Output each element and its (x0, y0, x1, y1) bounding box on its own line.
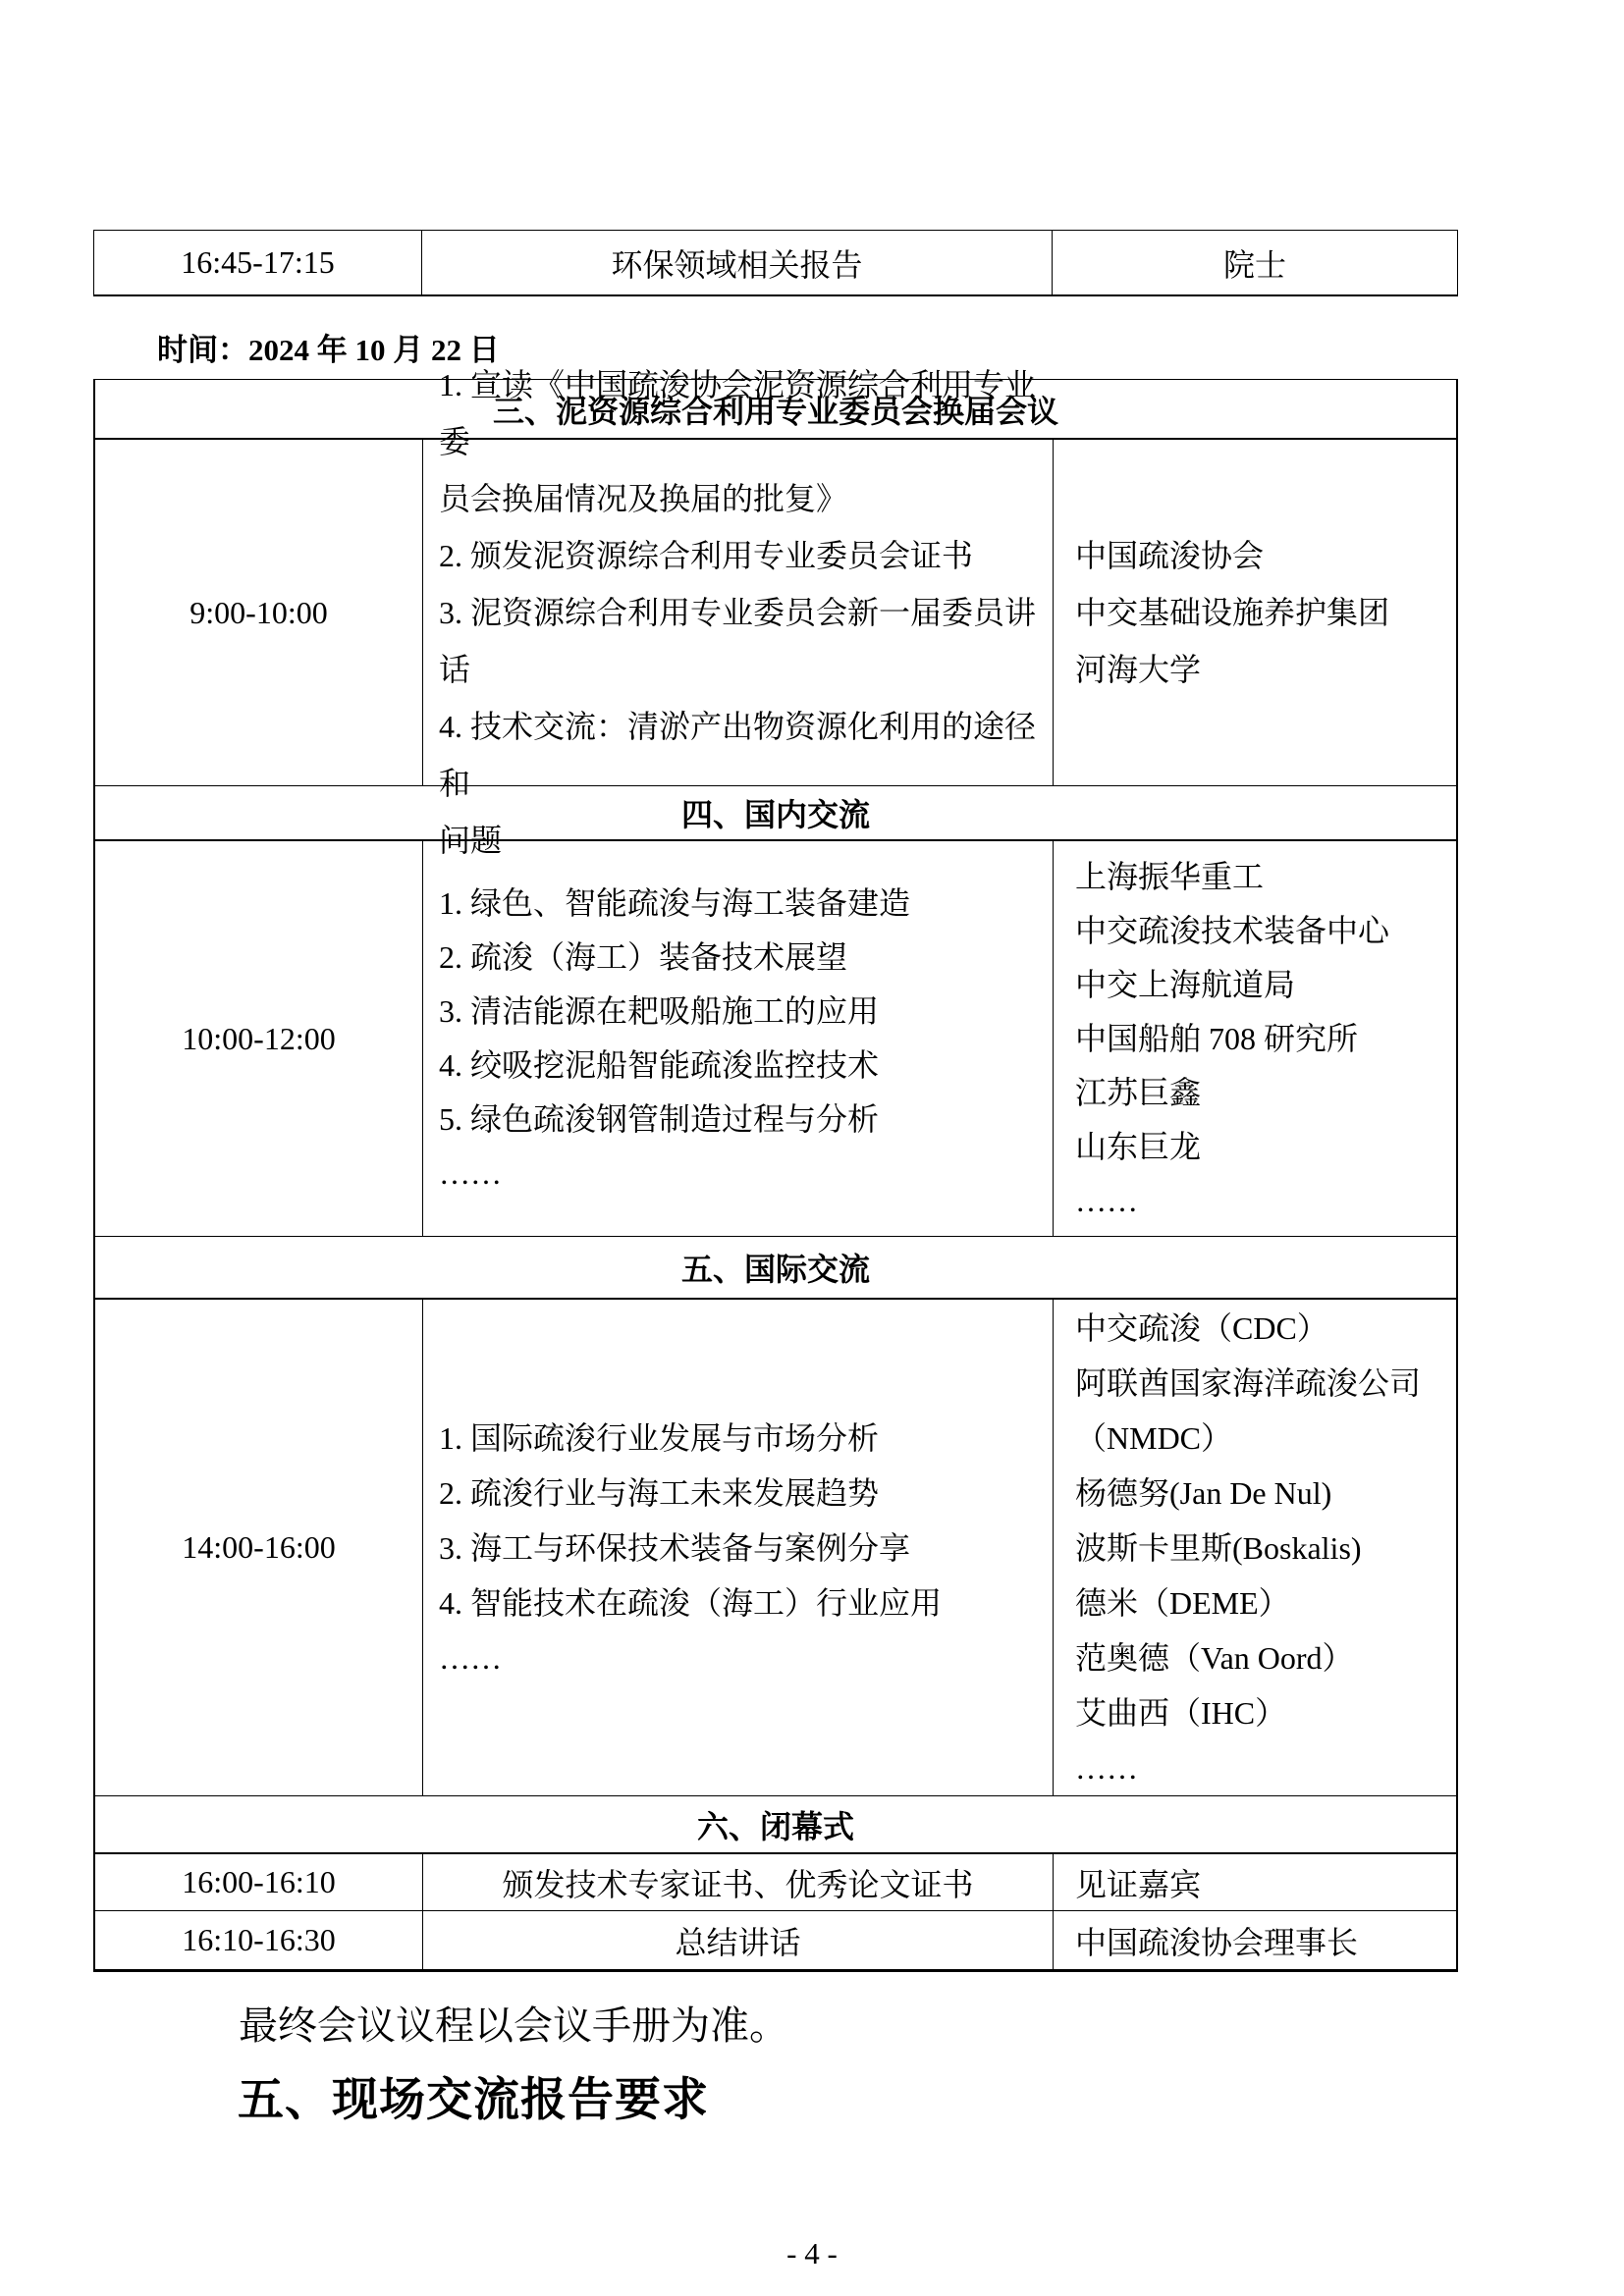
table-row-domestic: 10:00-12:00 1. 绿色、智能疏浚与海工装备建造 2. 疏浚（海工）装… (95, 841, 1456, 1237)
document-page: 16:45-17:15 环保领域相关报告 院士 时间：2024 年 10 月 2… (0, 0, 1624, 2296)
agenda-note: 最终会议议程以会议手册为准。 (239, 1995, 788, 2051)
section-title: 六、闭幕式 (697, 1802, 854, 1847)
session-time-cell: 16:45-17:15 (94, 231, 422, 294)
time-cell: 16:00-16:10 (95, 1854, 423, 1910)
topic-list: 1. 国际疏浚行业发展与市场分析 2. 疏浚行业与海工未来发展趋势 3. 海工与… (423, 1411, 942, 1685)
org-cell: 中交疏浚（CDC） 阿联酋国家海洋疏浚公司 （NMDC） 杨德努(Jan De … (1054, 1300, 1456, 1795)
time-cell: 16:10-16:30 (95, 1911, 423, 1969)
page-number: - 4 - (0, 2236, 1624, 2271)
previous-session-table: 16:45-17:15 环保领域相关报告 院士 (93, 230, 1458, 296)
org-list: 中交疏浚（CDC） 阿联酋国家海洋疏浚公司 （NMDC） 杨德努(Jan De … (1054, 1301, 1421, 1795)
topic-cell: 1. 国际疏浚行业发展与市场分析 2. 疏浚行业与海工未来发展趋势 3. 海工与… (423, 1300, 1054, 1795)
time-cell: 9:00-10:00 (95, 440, 423, 785)
time-cell: 10:00-12:00 (95, 841, 423, 1236)
section-header-domestic: 四、国内交流 (95, 786, 1456, 841)
topic-text: 颁发技术专家证书、优秀论文证书 (502, 1860, 973, 1905)
topic-cell: 1. 绿色、智能疏浚与海工装备建造 2. 疏浚（海工）装备技术展望 3. 清洁能… (423, 841, 1054, 1236)
section-header-international: 五、国际交流 (95, 1237, 1456, 1300)
speaker-text: 见证嘉宾 (1054, 1860, 1201, 1905)
table-row-certificates: 16:00-16:10 颁发技术专家证书、优秀论文证书 见证嘉宾 (95, 1854, 1456, 1911)
time-cell: 14:00-16:00 (95, 1300, 423, 1795)
section-header-closing: 六、闭幕式 (95, 1796, 1456, 1854)
topic-list: 1. 绿色、智能疏浚与海工装备建造 2. 疏浚（海工）装备技术展望 3. 清洁能… (423, 877, 910, 1201)
section-title: 五、国际交流 (681, 1245, 870, 1290)
table-row-international: 14:00-16:00 1. 国际疏浚行业发展与市场分析 2. 疏浚行业与海工未… (95, 1300, 1456, 1796)
org-cell: 中国疏浚协会理事长 (1054, 1911, 1456, 1969)
org-list: 上海振华重工 中交疏浚技术装备中心 中交上海航道局 中国船舶 708 研究所 江… (1054, 850, 1389, 1228)
table-row-summary: 16:10-16:30 总结讲话 中国疏浚协会理事长 (95, 1911, 1456, 1969)
org-cell: 上海振华重工 中交疏浚技术装备中心 中交上海航道局 中国船舶 708 研究所 江… (1054, 841, 1456, 1236)
table-row-reelection: 9:00-10:00 1. 宣读《中国疏浚协会泥资源综合利用专业委 员会换届情况… (95, 440, 1456, 786)
topic-cell: 颁发技术专家证书、优秀论文证书 (423, 1854, 1054, 1910)
org-cell: 见证嘉宾 (1054, 1854, 1456, 1910)
session-speaker-cell: 院士 (1053, 231, 1457, 294)
agenda-table: 三、泥资源综合利用专业委员会换届会议 9:00-10:00 1. 宣读《中国疏浚… (93, 379, 1458, 1972)
org-cell: 中国疏浚协会 中交基础设施养护集团 河海大学 (1054, 440, 1456, 785)
speaker-text: 中国疏浚协会理事长 (1054, 1918, 1358, 1963)
topic-cell: 1. 宣读《中国疏浚协会泥资源综合利用专业委 员会换届情况及换届的批复》 2. … (423, 440, 1054, 785)
chapter-heading: 五、现场交流报告要求 (238, 2063, 709, 2129)
topic-text: 总结讲话 (675, 1918, 800, 1963)
section-title: 四、国内交流 (681, 790, 870, 835)
topic-cell: 总结讲话 (423, 1911, 1054, 1969)
session-topic-cell: 环保领域相关报告 (422, 231, 1053, 294)
org-list: 中国疏浚协会 中交基础设施养护集团 河海大学 (1054, 527, 1389, 698)
